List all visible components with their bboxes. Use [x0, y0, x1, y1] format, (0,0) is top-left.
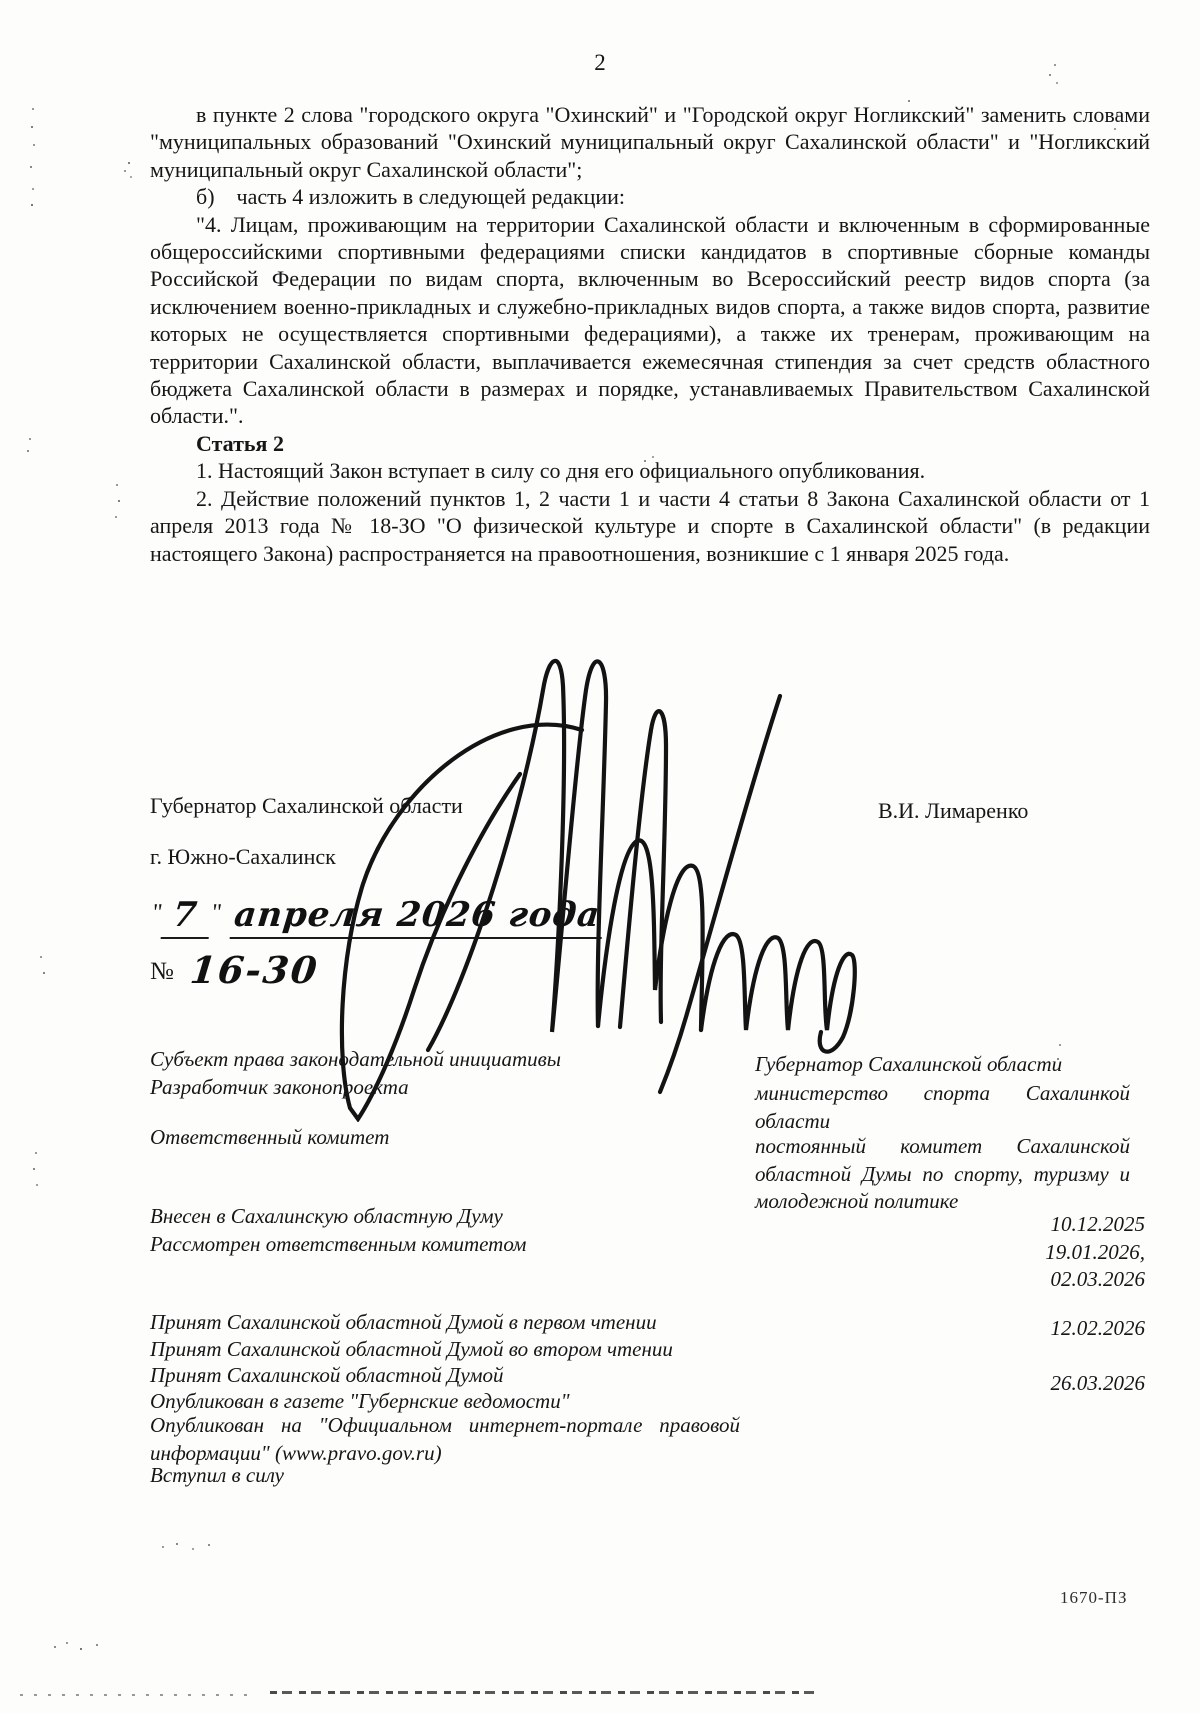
- meta-considered-by-committee: Рассмотрен ответственным комитетом: [150, 1231, 750, 1259]
- meta-right-standing-committee: постоянный комитет Сахалинской областной…: [755, 1133, 1130, 1216]
- scan-noise: [1056, 1032, 1058, 1034]
- meta-dates-committee: 10.12.2025 19.01.2026, 02.03.2026: [860, 1211, 1145, 1294]
- meta-right-governor: Губернатор Сахалинской области: [755, 1051, 1130, 1079]
- date-considered-1: 19.01.2026,: [860, 1239, 1145, 1267]
- meta-subject-of-initiative: Субъект права законодательной инициативы: [150, 1046, 750, 1074]
- meta-right-ministry: министерство спорта Сахалинкой области: [755, 1080, 1130, 1135]
- date-considered-2: 02.03.2026: [860, 1266, 1145, 1294]
- article2-item-2: 2. Действие положений пунктов 1, 2 части…: [150, 485, 1150, 567]
- scan-noise: [148, 1542, 150, 1544]
- registration-code: 1670-ПЗ: [1060, 1588, 1127, 1608]
- meta-published-portal: Опубликован на "Официальном интернет-пор…: [150, 1412, 740, 1467]
- meta-responsible-committee: Ответственный комитет: [150, 1124, 750, 1152]
- scan-edge-artifact: [270, 1691, 815, 1694]
- scan-noise: [44, 1640, 46, 1642]
- meta-adopted-second-reading: Принят Сахалинской областной Думой во вт…: [150, 1336, 750, 1364]
- handwritten-day: 7: [160, 895, 213, 939]
- scan-noise: [122, 158, 124, 160]
- meta-adopted-final: Принят Сахалинской областной Думой: [150, 1362, 750, 1390]
- date-submitted: 10.12.2025: [860, 1211, 1145, 1239]
- document-page: 2 в пункте 2 слова "городского округа "О…: [0, 0, 1200, 1714]
- scan-edge-artifact: [20, 1694, 250, 1696]
- scan-noise: [902, 92, 904, 94]
- number-sign: №: [150, 958, 174, 985]
- paragraph-part4: "4. Лицам, проживающим на территории Сах…: [150, 211, 1150, 430]
- article2-item-1: 1. Настоящий Закон вступает в силу со дн…: [150, 457, 1150, 484]
- meta-submitted-to-duma: Внесен в Сахалинскую областную Думу: [150, 1203, 750, 1231]
- governor-name: В.И. Лимаренко: [878, 798, 1028, 824]
- scan-noise: [1046, 58, 1048, 60]
- law-text-block: в пункте 2 слова "городского округа "Охи…: [150, 101, 1150, 567]
- meta-adopted-first-reading: Принят Сахалинской областной Думой в пер…: [150, 1309, 750, 1337]
- article2-heading: Статья 2: [150, 430, 1150, 457]
- scan-noise: [26, 428, 28, 430]
- date-adopted: 26.03.2026: [860, 1370, 1145, 1398]
- paragraph-subitem-b: б) часть 4 изложить в следующей редакции…: [150, 183, 1150, 210]
- scan-noise: [32, 1138, 34, 1140]
- scan-noise: [114, 470, 116, 472]
- close-quote: ": [210, 900, 224, 926]
- scan-noise: [1112, 102, 1114, 104]
- paragraph-amendment: в пункте 2 слова "городского округа "Охи…: [150, 101, 1150, 183]
- meta-entered-into-force: Вступил в силу: [150, 1462, 750, 1490]
- date-first-reading: 12.02.2026: [860, 1315, 1145, 1343]
- meta-bill-developer: Разработчик законопроекта: [150, 1074, 750, 1102]
- scan-noise: [30, 92, 32, 94]
- scan-noise: [636, 454, 638, 456]
- scan-noise: [38, 938, 40, 940]
- page-number: 2: [0, 50, 1200, 76]
